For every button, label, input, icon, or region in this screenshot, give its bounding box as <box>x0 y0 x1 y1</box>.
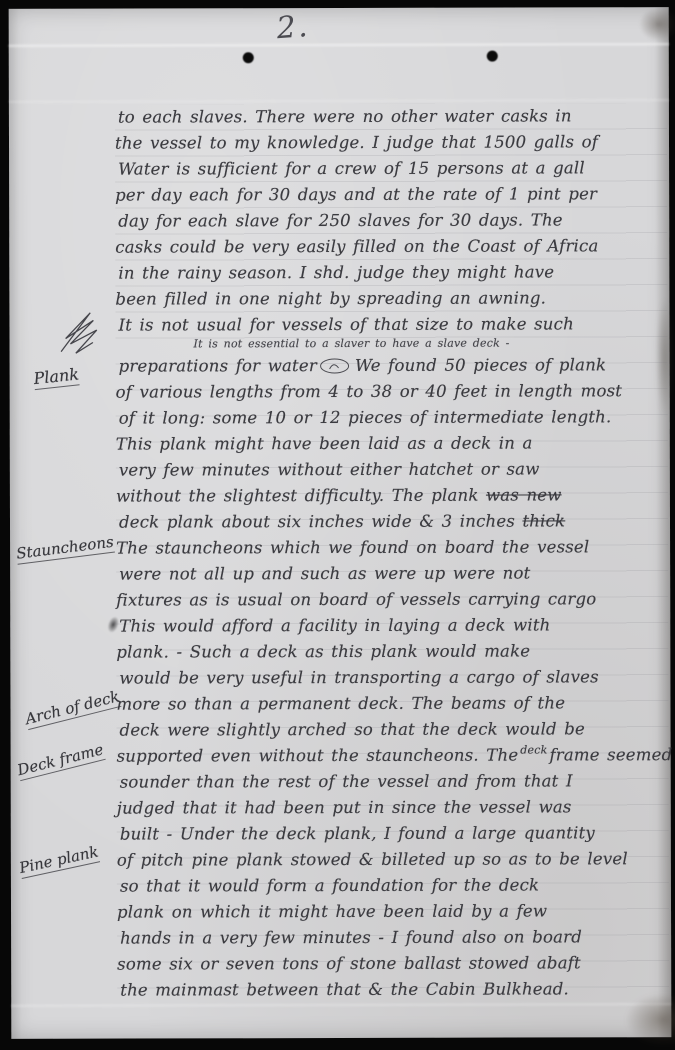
manuscript-line: plank. - Such a deck as this plank would… <box>116 638 668 665</box>
paper-crease <box>9 99 669 103</box>
manuscript-line: plank on which it might have been laid b… <box>117 898 669 925</box>
manuscript-line: deck were slightly arched so that the de… <box>117 716 669 743</box>
manuscript-line: would be very useful in transporting a c… <box>116 664 668 691</box>
manuscript-line: the vessel to my knowledge. I judge that… <box>115 129 667 156</box>
page-number: 2. <box>275 9 310 46</box>
manuscript-line: built - Under the deck plank, I found a … <box>117 820 669 847</box>
manuscript-line: some six or seven tons of stone ballast … <box>117 950 669 977</box>
manuscript-line: This would afford a facility in laying a… <box>116 612 668 639</box>
manuscript-line: in the rainy season. I shd. judge they m… <box>115 259 667 286</box>
manuscript-line: fixtures as is usual on board of vessels… <box>116 586 668 613</box>
scanned-document: 2. Plank Stauncheons Arch of deck Deck f… <box>0 0 675 1050</box>
manuscript-line: the mainmast between that & the Cabin Bu… <box>117 976 669 1003</box>
line-text: We found 50 pieces of plank <box>355 355 606 375</box>
margin-note-pine-plank: Pine plank <box>18 843 101 879</box>
line-text: preparations for water <box>119 356 317 376</box>
line-text: frame seemed <box>549 745 672 764</box>
inserted-word: deck <box>520 743 547 756</box>
manuscript-line: so that it would form a foundation for t… <box>117 872 669 899</box>
manuscript-line: It is not usual for vessels of that size… <box>115 311 667 338</box>
paper-crease <box>9 43 669 47</box>
interline-insertion-note: It is not essential to a slaver to have … <box>116 337 668 353</box>
punch-hole <box>243 52 254 63</box>
line-text: supported even without the stauncheons. … <box>117 746 519 766</box>
manuscript-line: of pitch pine plank stowed & billeted up… <box>117 846 669 873</box>
margin-note-deck-frame: Deck frame <box>16 740 106 781</box>
manuscript-line: of various lengths from 4 to 38 or 40 fe… <box>116 378 668 405</box>
manuscript-line: Water is sufficient for a crew of 15 per… <box>115 155 667 182</box>
manuscript-line: of it long: some 10 or 12 pieces of inte… <box>116 404 668 431</box>
manuscript-line: The stauncheons which we found on board … <box>116 534 668 561</box>
manuscript-line: hands in a very few minutes - I found al… <box>117 924 669 951</box>
struck-text: was new <box>486 485 562 504</box>
paper-stain <box>639 7 675 41</box>
margin-note-plank: Plank <box>33 364 80 390</box>
manuscript-line: casks could be very easily filled on the… <box>115 233 667 260</box>
manuscript-page: 2. Plank Stauncheons Arch of deck Deck f… <box>9 7 672 1039</box>
margin-squiggle-icon <box>52 306 105 368</box>
handwritten-body: to each slaves. There were no other wate… <box>115 103 669 1003</box>
manuscript-line: more so than a permanent deck. The beams… <box>116 690 668 717</box>
margin-note-arch-of-deck: Arch of deck <box>23 687 121 730</box>
manuscript-line: This plank might have been laid as a dec… <box>116 430 668 457</box>
line-text: deck plank about six inches wide & 3 inc… <box>119 512 522 532</box>
manuscript-line: judged that it had been put in since the… <box>117 794 669 821</box>
manuscript-line: without the slightest difficulty. The pl… <box>116 482 668 509</box>
insertion-caret-icon <box>320 355 350 381</box>
manuscript-line: very few minutes without either hatchet … <box>116 456 668 483</box>
manuscript-line: day for each slave for 250 slaves for 30… <box>115 207 667 234</box>
manuscript-line: sounder than the rest of the vessel and … <box>117 768 669 795</box>
manuscript-line: preparations for waterWe found 50 pieces… <box>116 352 668 379</box>
paper-crease <box>11 1003 671 1007</box>
line-text: without the slightest difficulty. The pl… <box>116 486 486 506</box>
punch-hole <box>487 51 498 62</box>
margin-note-stauncheons: Stauncheons <box>15 533 115 565</box>
manuscript-line: been filled in one night by spreading an… <box>115 285 667 312</box>
struck-text: thick <box>522 511 565 530</box>
manuscript-line: deck plank about six inches wide & 3 inc… <box>116 508 668 535</box>
manuscript-line: to each slaves. There were no other wate… <box>115 103 667 130</box>
manuscript-line: were not all up and such as were up were… <box>116 560 668 587</box>
manuscript-line: supported even without the stauncheons. … <box>117 742 669 769</box>
manuscript-line: per day each for 30 days and at the rate… <box>115 181 667 208</box>
